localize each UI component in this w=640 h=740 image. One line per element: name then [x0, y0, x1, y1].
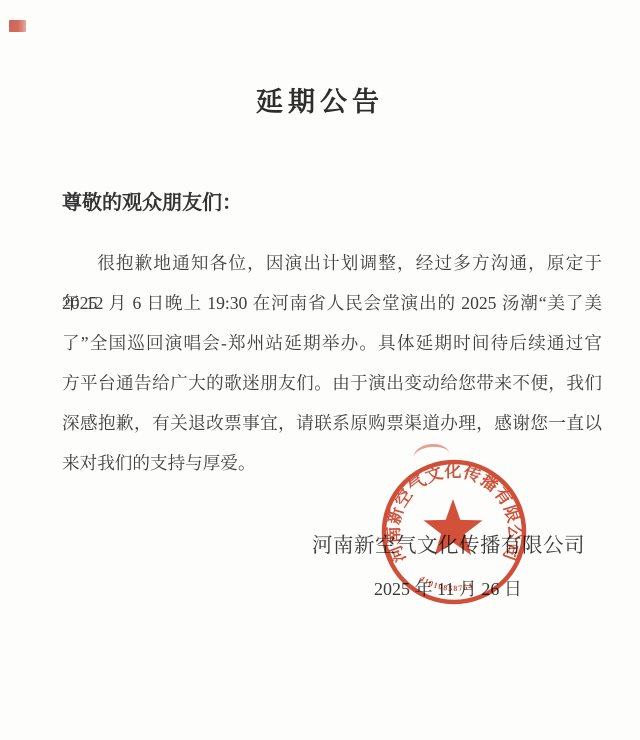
seal-star-icon — [424, 499, 483, 555]
seal-code-arc: 41010858764 — [418, 574, 474, 593]
body-line: 年 12 月 6 日晚上 19:30 在河南省人民会堂演出的 2025 汤潮“美… — [62, 283, 602, 323]
body-line: 了”全国巡回演唱会-郑州站延期举办。具体延期时间待后续通过官 — [62, 323, 602, 363]
salutation: 尊敬的观众朋友们： — [62, 186, 242, 215]
scanned-announcement-page: 延期公告 尊敬的观众朋友们： 很抱歉地通知各位，因演出计划调整，经过多方沟通，原… — [0, 0, 640, 740]
announcement-body: 很抱歉地通知各位，因演出计划调整，经过多方沟通，原定于 2025 年 12 月 … — [62, 243, 602, 483]
body-line: 很抱歉地通知各位，因演出计划调整，经过多方沟通，原定于 2025 — [62, 243, 602, 283]
red-stamp-fragment — [9, 20, 26, 32]
official-seal: 河南新空气文化传播有限公司 41010858764 — [379, 458, 529, 608]
body-line: 方平台通告给广大的歌迷朋友们。由于演出变动给您带来不便，我们 — [62, 363, 602, 403]
page-title: 延期公告 — [0, 80, 640, 119]
body-line: 深感抱歉，有关退改票事宜，请联系原购票渠道办理，感谢您一直以 — [62, 403, 602, 443]
